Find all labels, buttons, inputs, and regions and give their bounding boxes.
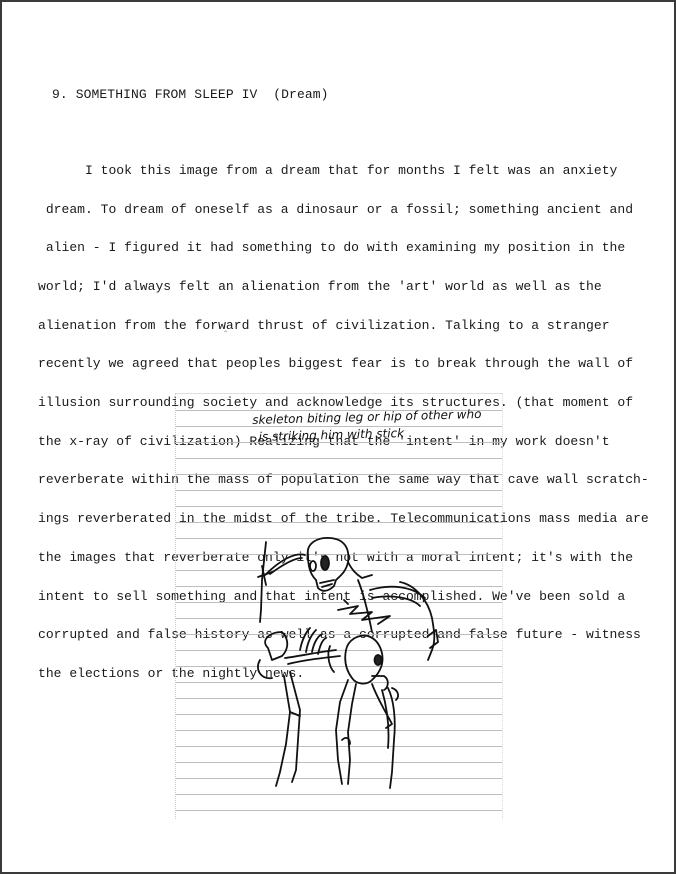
body-line: recently we agreed that peoples biggest … xyxy=(38,358,649,371)
lined-notebook-paper xyxy=(175,393,503,819)
section-heading: 9. SOMETHING FROM SLEEP IV (Dream) xyxy=(52,87,329,102)
body-line: I took this image from a dream that for … xyxy=(38,165,649,178)
handwritten-caption: skeleton biting leg or hip of other who … xyxy=(252,406,482,446)
body-line: world; I'd always felt an alienation fro… xyxy=(38,281,649,294)
body-line: alienation from the forward thrust of ci… xyxy=(38,320,649,333)
scan-speck: ‸ xyxy=(224,322,227,333)
body-line: dream. To dream of oneself as a dinosaur… xyxy=(38,204,649,217)
body-line: alien - I figured it had something to do… xyxy=(38,242,649,255)
